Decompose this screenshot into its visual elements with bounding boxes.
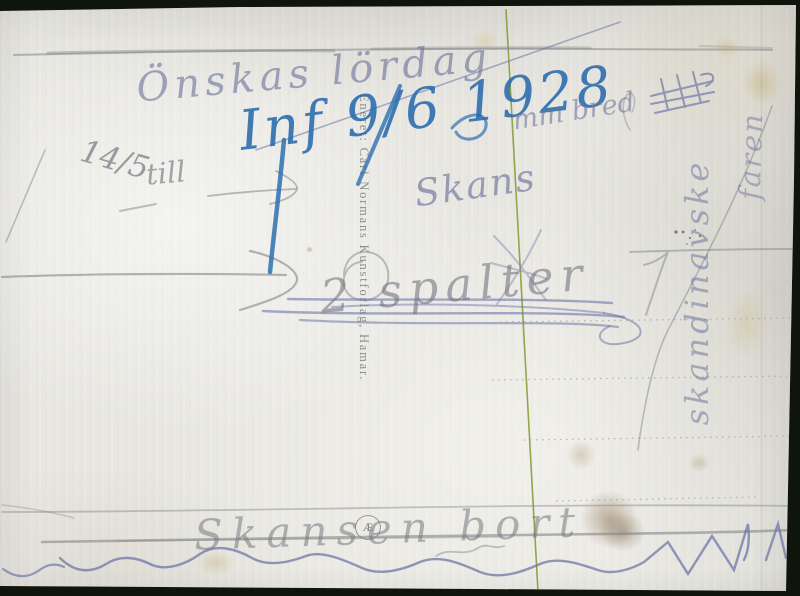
hash-scribble bbox=[651, 72, 714, 113]
handwriting-till-word: till bbox=[145, 154, 187, 191]
stain bbox=[600, 512, 646, 552]
photo-scan: Eneret: Carl Normans Kunstforlag, Hamar.… bbox=[0, 0, 800, 596]
handwriting-bottom-note: Skansen bort bbox=[193, 497, 585, 560]
handwriting-vertical-note-outer: faren bbox=[732, 112, 769, 201]
handwriting-date-fraction: 14/5 bbox=[76, 133, 153, 187]
stain bbox=[306, 246, 313, 253]
stain bbox=[688, 454, 710, 472]
handwriting-vertical-note-inner: skandinavske bbox=[678, 159, 716, 426]
stain bbox=[714, 36, 740, 58]
stain bbox=[566, 440, 596, 470]
stain bbox=[721, 285, 772, 360]
handwriting-skans-word: Skans bbox=[412, 156, 539, 216]
paper-crease bbox=[760, 6, 763, 590]
postcard-back: Eneret: Carl Normans Kunstforlag, Hamar.… bbox=[0, 0, 800, 596]
